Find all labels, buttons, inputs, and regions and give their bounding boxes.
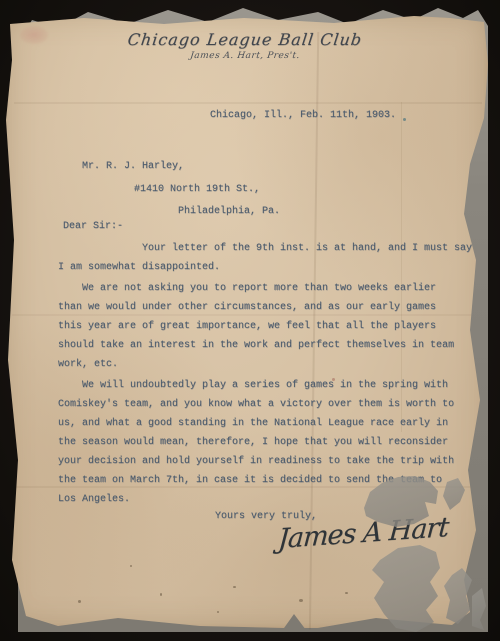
dateline: Chicago, Ill., Feb. 11th, 1903.	[210, 110, 396, 121]
letterhead-president-line: James A. Hart, Pres't.	[84, 51, 405, 61]
paper-speckle	[345, 592, 348, 594]
paper-speckle	[160, 593, 162, 596]
paper-speckle	[299, 599, 303, 602]
closing-line: Yours very truly,	[215, 511, 317, 522]
paper-speckle	[130, 565, 132, 567]
recipient-city: Philadelphia, Pa.	[178, 206, 280, 217]
letter-body: Your letter of the 9th inst. is at hand,…	[58, 239, 488, 511]
letterhead: Chicago League Ball Club James A. Hart, …	[85, 30, 405, 61]
pink-age-stain	[20, 26, 48, 44]
salutation: Dear Sir:-	[63, 221, 123, 232]
recipient-name: Mr. R. J. Harley,	[82, 161, 184, 172]
paragraph-1: Your letter of the 9th inst. is at hand,…	[58, 239, 488, 277]
recipient-street: #1410 North 19th St.,	[134, 184, 260, 195]
letterhead-club-name: Chicago League Ball Club	[84, 30, 406, 49]
letter-scan: Chicago League Ball Club James A. Hart, …	[0, 0, 500, 641]
horizontal-fold-crease	[14, 102, 482, 104]
red-ink-speck	[332, 378, 335, 381]
blue-ink-speck	[403, 118, 406, 121]
paragraph-2: We are not asking you to report more tha…	[58, 279, 488, 374]
paper-speckle	[233, 586, 236, 588]
paper-speckle	[78, 600, 81, 603]
paper-speckle	[217, 611, 219, 613]
